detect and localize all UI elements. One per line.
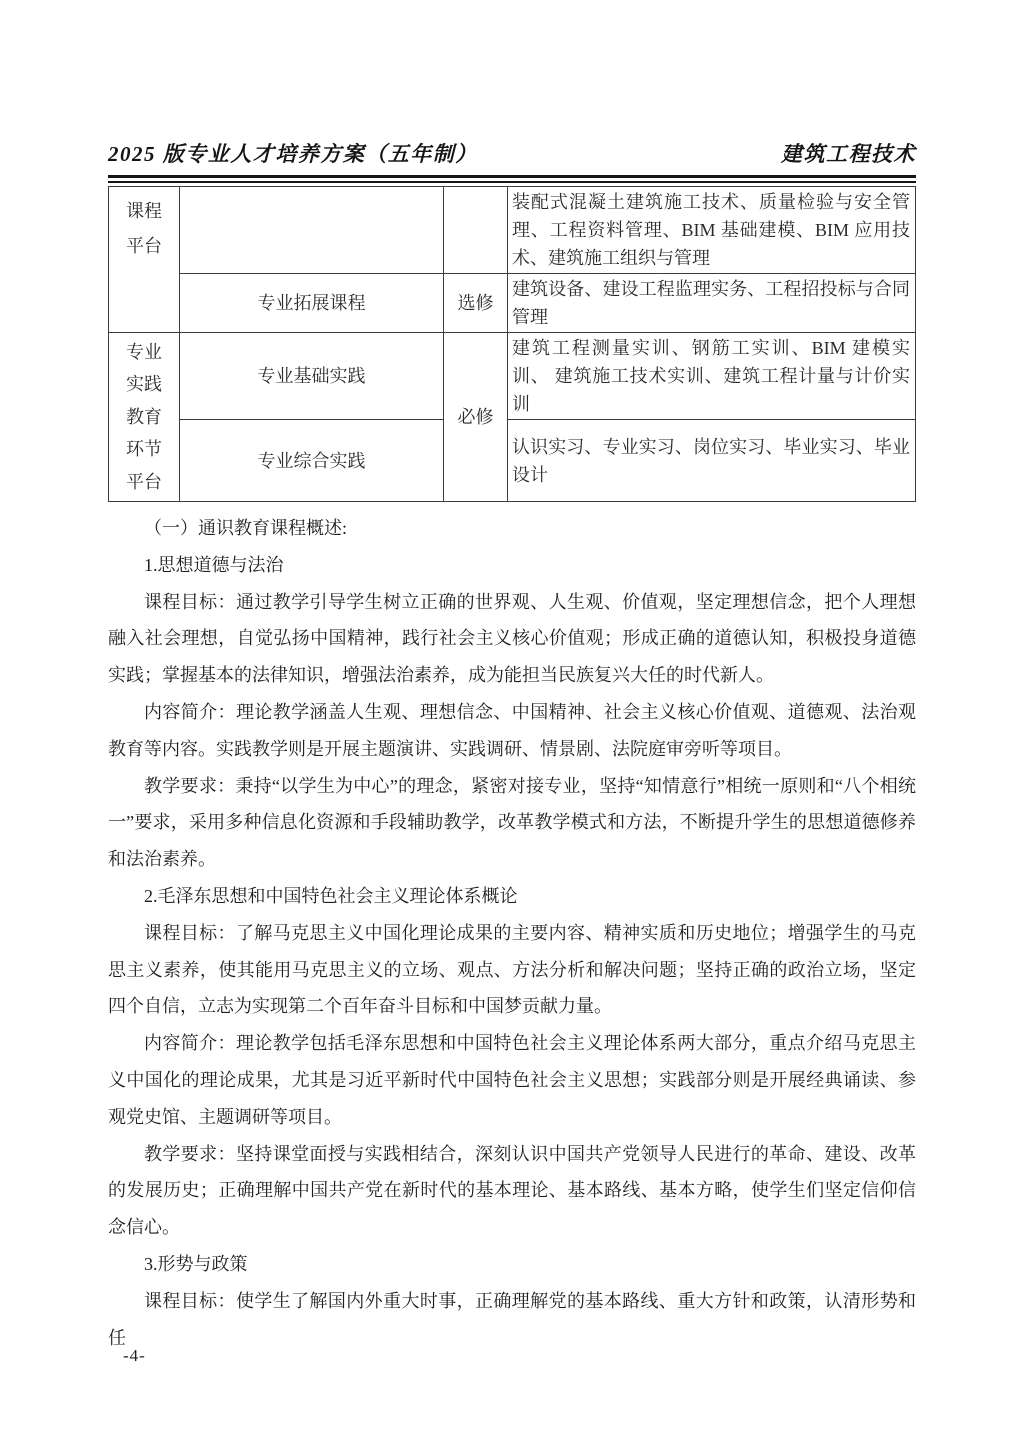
course-type-label: 必修 (458, 407, 494, 427)
course-list-cell: 建筑设备、建设工程监理实务、工程招投标与合同管理 (508, 274, 916, 333)
course-heading-ideology-law: 1.思想道德与法治 (108, 547, 916, 584)
header-double-rule (108, 175, 916, 183)
course-heading-situation-policy: 3.形势与政策 (108, 1246, 916, 1283)
page-number: -4- (123, 1346, 146, 1366)
course-list-text: 装配式混凝土建筑施工技术、质量检验与安全管理、工程资料管理、BIM 基础建模、B… (512, 192, 910, 268)
platform-cell-course: 课程平台 (109, 187, 180, 333)
paragraph-teaching-requirement-1: 教学要求：秉持“以学生为中心”的理念，紧密对接专业，坚持“知情意行”相统一原则和… (108, 768, 916, 878)
course-type-cell: 选修 (444, 274, 508, 333)
course-group-label: 专业综合实践 (258, 451, 366, 471)
platform-label: 课程平台 (126, 201, 162, 256)
table-row: 专业实践教育环节平台 专业基础实践 必修 建筑工程测量实训、钢筋工实训、BIM … (109, 333, 916, 420)
table-row: 课程平台 装配式混凝土建筑施工技术、质量检验与安全管理、工程资料管理、BIM 基… (109, 187, 916, 274)
paragraph-course-goal-3: 课程目标：使学生了解国内外重大时事，正确理解党的基本路线、重大方针和政策，认清形… (108, 1283, 916, 1357)
document-page: 2025 版专业人才培养方案（五年制） 建筑工程技术 课程平台 (0, 0, 1024, 1448)
table-row: 专业拓展课程 选修 建筑设备、建设工程监理实务、工程招投标与合同管理 (109, 274, 916, 333)
course-group-label: 专业拓展课程 (258, 293, 366, 313)
page-content: 2025 版专业人才培养方案（五年制） 建筑工程技术 课程平台 (108, 138, 916, 1356)
course-group-cell: 专业综合实践 (180, 420, 444, 502)
course-heading-mao-theory: 2.毛泽东思想和中国特色社会主义理论体系概论 (108, 878, 916, 915)
header-left-title: 2025 版专业人才培养方案（五年制） (108, 138, 478, 168)
paragraph-teaching-requirement-2: 教学要求：坚持课堂面授与实践相结合，深刻认识中国共产党领导人民进行的革命、建设、… (108, 1136, 916, 1246)
header-right-title: 建筑工程技术 (781, 138, 916, 168)
course-group-label: 专业基础实践 (258, 366, 366, 386)
course-group-cell: 专业拓展课程 (180, 274, 444, 333)
course-group-cell: 专业基础实践 (180, 333, 444, 420)
document-body: （一）通识教育课程概述: 1.思想道德与法治 课程目标：通过教学引导学生树立正确… (108, 510, 916, 1356)
course-type-cell: 必修 (444, 333, 508, 502)
course-list-cell: 建筑工程测量实训、钢筋工实训、BIM 建模实训、 建筑施工技术实训、建筑工程计量… (508, 333, 916, 420)
platform-label: 专业实践教育环节平台 (126, 342, 162, 492)
table-row: 专业综合实践 认识实习、专业实习、岗位实习、毕业实习、毕业设计 (109, 420, 916, 502)
paragraph-course-goal-2: 课程目标：了解马克思主义中国化理论成果的主要内容、精神实质和历史地位；增强学生的… (108, 915, 916, 1025)
platform-cell-practice: 专业实践教育环节平台 (109, 333, 180, 502)
course-group-cell (180, 187, 444, 274)
course-list-text: 建筑工程测量实训、钢筋工实训、BIM 建模实训、 建筑施工技术实训、建筑工程计量… (512, 338, 910, 414)
course-list-text: 建筑设备、建设工程监理实务、工程招投标与合同管理 (512, 279, 910, 327)
course-list-cell: 认识实习、专业实习、岗位实习、毕业实习、毕业设计 (508, 420, 916, 502)
page-header: 2025 版专业人才培养方案（五年制） 建筑工程技术 (108, 138, 916, 168)
course-list-text: 认识实习、专业实习、岗位实习、毕业实习、毕业设计 (512, 437, 910, 485)
paragraph-course-goal-1: 课程目标：通过教学引导学生树立正确的世界观、人生观、价值观，坚定理想信念，把个人… (108, 584, 916, 694)
course-list-cell: 装配式混凝土建筑施工技术、质量检验与安全管理、工程资料管理、BIM 基础建模、B… (508, 187, 916, 274)
course-type-cell (444, 187, 508, 274)
curriculum-table: 课程平台 装配式混凝土建筑施工技术、质量检验与安全管理、工程资料管理、BIM 基… (108, 186, 916, 502)
paragraph-content-intro-1: 内容简介：理论教学涵盖人生观、理想信念、中国精神、社会主义核心价值观、道德观、法… (108, 694, 916, 768)
paragraph-content-intro-2: 内容简介：理论教学包括毛泽东思想和中国特色社会主义理论体系两大部分，重点介绍马克… (108, 1025, 916, 1135)
section-heading-general-education: （一）通识教育课程概述: (108, 510, 916, 547)
course-type-label: 选修 (458, 293, 494, 313)
